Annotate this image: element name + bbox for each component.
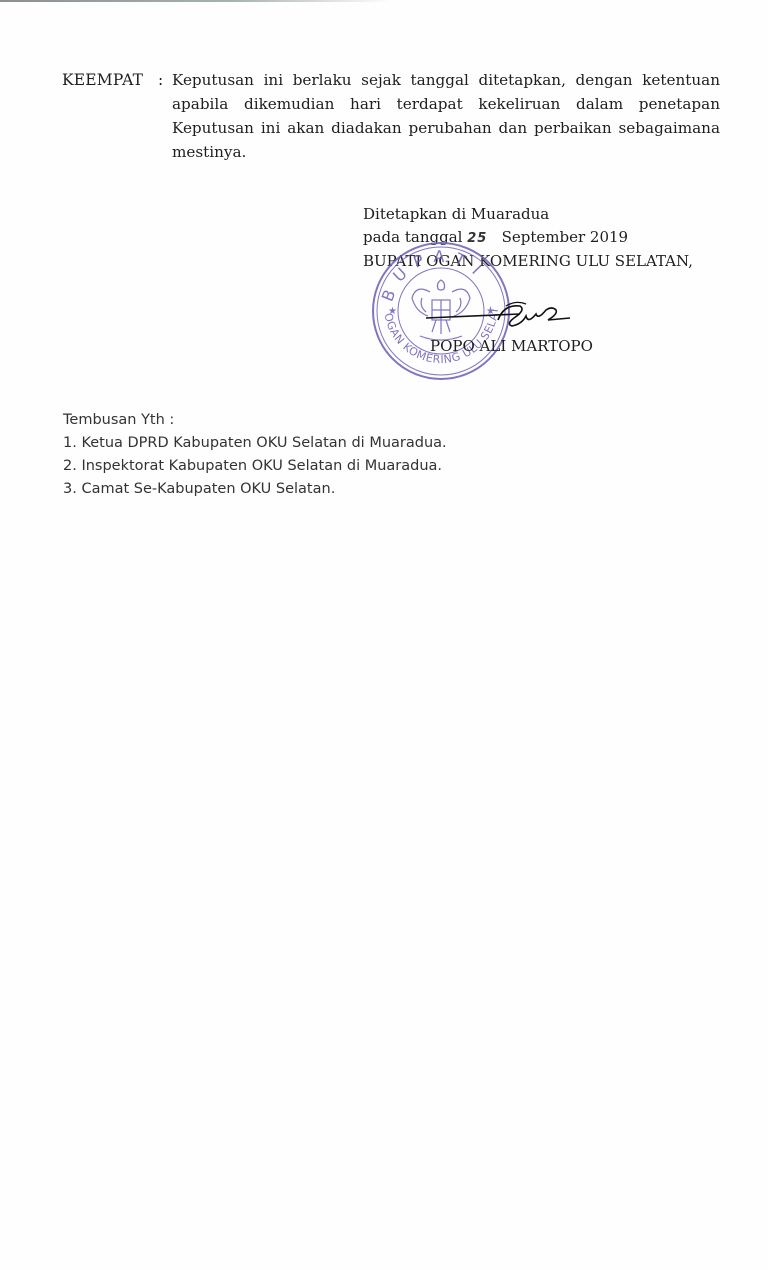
carbon-copy-item: 1. Ketua DPRD Kabupaten OKU Selatan di M… <box>63 432 447 455</box>
svg-text:★: ★ <box>388 306 397 317</box>
date-month-year: September 2019 <box>502 228 628 246</box>
carbon-copy-heading: Tembusan Yth : <box>63 409 447 432</box>
scan-edge-line <box>0 0 390 2</box>
carbon-copy-item: 2. Inspektorat Kabupaten OKU Selatan di … <box>63 455 447 478</box>
clause-label: KEEMPAT <box>62 68 143 92</box>
clause-colon: : <box>158 68 163 92</box>
place-of-issue: Ditetapkan di Muaradua <box>363 203 753 226</box>
carbon-copy-item: 3. Camat Se-Kabupaten OKU Selatan. <box>63 478 447 501</box>
carbon-copy-list: Tembusan Yth : 1. Ketua DPRD Kabupaten O… <box>63 409 447 501</box>
signer-name: POPO ALI MARTOPO <box>430 337 593 355</box>
handwritten-signature-icon <box>420 296 580 332</box>
clause-text: Keputusan ini berlaku sejak tanggal dite… <box>172 68 720 164</box>
